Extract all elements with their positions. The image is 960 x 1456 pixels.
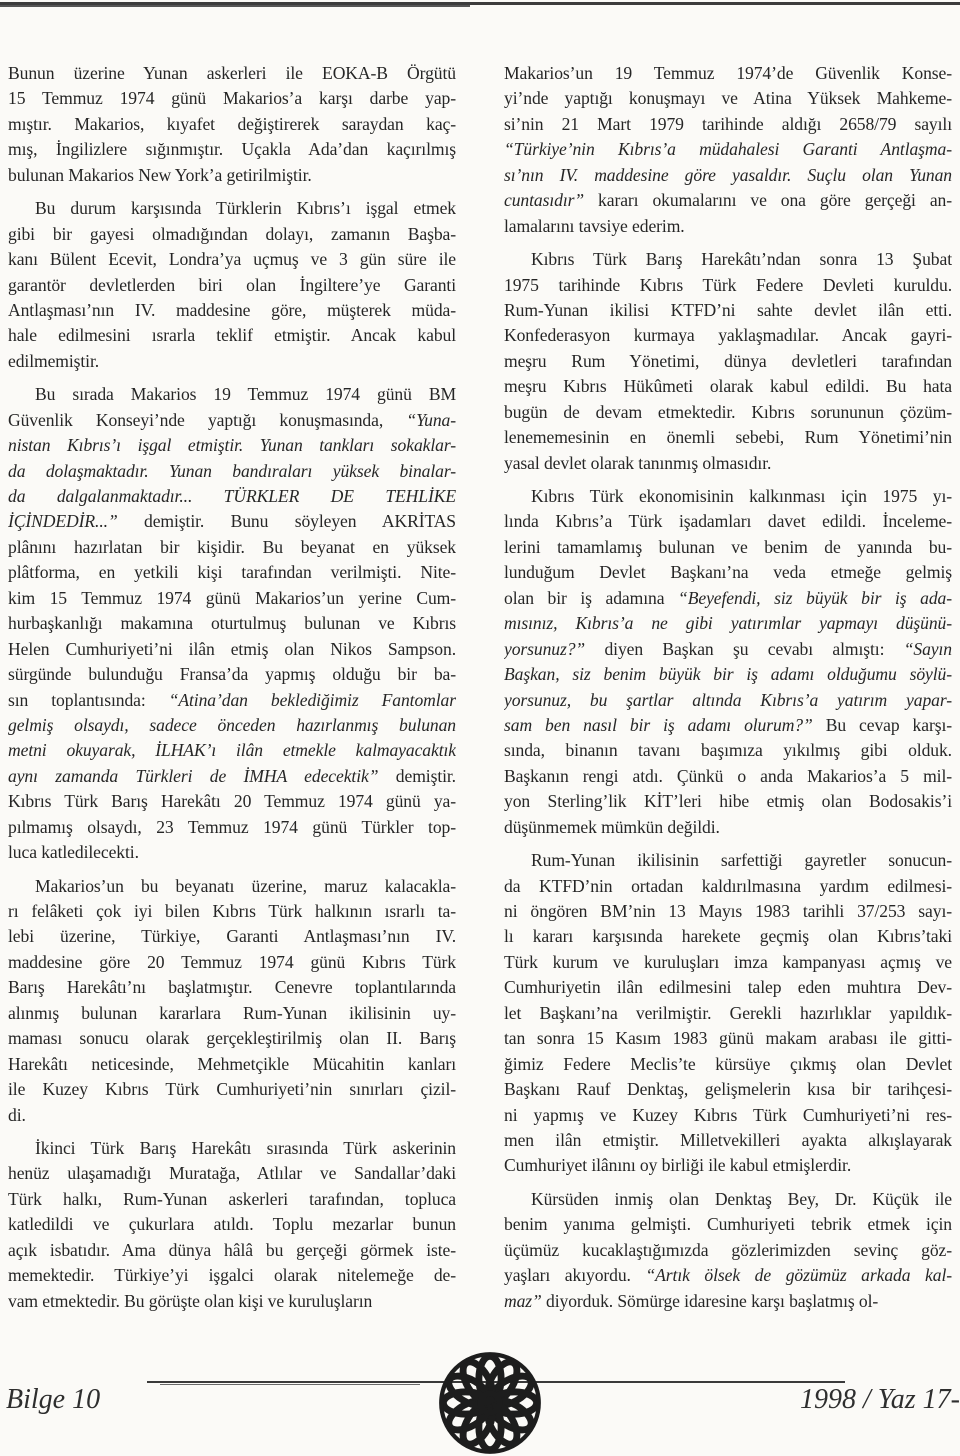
issue-page-label: 1998 / Yaz 17- <box>800 1384 960 1416</box>
scanned-journal-page: { "page": { "paper_color": "#fbfaf7", "i… <box>0 0 960 1456</box>
text-line: let Başkanı’na verilmiştir. Gerekli hazı… <box>504 1001 952 1026</box>
text-line: sı’nın IV. maddesine göre yasaldır. Suçl… <box>504 163 952 188</box>
text-segment: maz” <box>504 1291 542 1311</box>
text-segment: Rum-Yunan ikilisi KTFD’ni sahte devlet i… <box>504 300 952 320</box>
text-line: metni okuyarak, İLHAK’ı ilân etmekle kal… <box>8 738 456 763</box>
text-line: Bu durum karşısında Türklerin Kıbrıs’ı i… <box>8 196 456 221</box>
text-segment: “Sayın <box>904 639 952 659</box>
text-segment: yi’nde yaptığı konuşmayı ve Atina Yüksek… <box>504 88 952 108</box>
text-line: Kürsüden inmiş olan Denktaş Bey, Dr. Küç… <box>504 1187 952 1212</box>
text-segment: ğimiz Federe Meclis’te kürsüye çıkmış ol… <box>504 1054 952 1074</box>
text-segment: ile Kuzey Kıbrıs Türk Cumhuriyeti’nin sı… <box>8 1079 456 1099</box>
text-line: di. <box>8 1103 456 1128</box>
text-line: düşünmemek mümkün değildi. <box>504 815 952 840</box>
text-line: Rum-Yunan ikilisinin sarfettiği gayretle… <box>504 848 952 873</box>
text-line: Harekâtı neticesinde, Mehmetçikle Mücahi… <box>8 1052 456 1077</box>
text-segment: 15 Temmuz 1974 günü Makarios’a karşı dar… <box>8 88 456 108</box>
text-line: Başkanı Rauf Denktaş, gelişmelerin kısa … <box>504 1077 952 1102</box>
text-segment: Kıbrıs Türk Barış Harekâtı’ndan sonra 13… <box>531 249 952 269</box>
text-line: henüz ulaşamadığı Muratağa, Atlılar ve S… <box>8 1161 456 1186</box>
text-segment: Başkanı Rauf Denktaş, gelişmelerin kısa … <box>504 1079 952 1099</box>
text-segment: bugün de devam etmektedir. Kıbrıs sorunu… <box>504 402 952 422</box>
text-segment: Güvenlik Konseyi’nde yaptığı konuşmasınd… <box>8 410 406 430</box>
text-line: benim yanıma gelmişti. Cumhuriyeti tebri… <box>504 1212 952 1237</box>
text-line: lebi üzerine, Türkiye, Garanti Antlaşmas… <box>8 924 456 949</box>
text-segment: Konfederasyon kurmaya yaklaşmadılar. Anc… <box>504 325 952 345</box>
text-segment: pılmamış olsaydı, 23 Temmuz 1974 günü Tü… <box>8 817 456 837</box>
text-line: meşru Kıbrıs Hükûmeti olarak kabul edild… <box>504 374 952 399</box>
text-segment: vam etmektedir. Bu görüşte olan kişi ve … <box>8 1291 372 1311</box>
text-segment: luca katledilecekti. <box>8 842 139 862</box>
text-segment: mış, İngilizlere sığınmıştır. Uçakla Ada… <box>8 139 456 159</box>
text-line: si’nin 21 Mart 1979 tarihinde aldığı 265… <box>504 112 952 137</box>
text-segment: si’nin 21 Mart 1979 tarihinde aldığı 265… <box>504 114 952 134</box>
text-segment: ni yapmış ve Kuzey Kıbrıs Türk Cumhuriye… <box>504 1105 952 1125</box>
text-segment: lenememesinin en önemli sebebi, Rum Yöne… <box>504 427 952 447</box>
text-line: ni yapmış ve Kuzey Kıbrıs Türk Cumhuriye… <box>504 1103 952 1128</box>
text-line: Rum-Yunan ikilisi KTFD’ni sahte devlet i… <box>504 298 952 323</box>
right-column: Makarios’un 19 Temmuz 1974’de Güvenlik K… <box>504 61 952 1314</box>
text-line: yaşları akıyordu. “Artık ölsek de gözümü… <box>504 1263 952 1288</box>
text-segment: rı felâketi çok iyi bilen Kıbrıs Türk ha… <box>8 901 456 921</box>
text-line: bugün de devam etmektedir. Kıbrıs sorunu… <box>504 400 952 425</box>
paragraph: Kürsüden inmiş olan Denktaş Bey, Dr. Küç… <box>504 1187 952 1314</box>
paragraph: Makarios’un 19 Temmuz 1974’de Güvenlik K… <box>504 61 952 239</box>
text-segment: sında, binanın tavanı başımıza yıkılmış … <box>504 740 952 760</box>
text-segment: üçümüz kucaklaştığımızda gözlerimizden s… <box>504 1240 952 1260</box>
text-segment: da dalgalanmaktadır... TÜRKLER DE TEHLİK… <box>8 486 456 506</box>
text-line: yorsunuz, bu şartlar altında Kıbrıs’a ya… <box>504 688 952 713</box>
text-segment: sam ben nasıl bir iş adamı olurum?” <box>504 715 813 735</box>
text-segment: düşünmemek mümkün değildi. <box>504 817 720 837</box>
text-line: Barış Harekâtı’nı başlatmıştır. Cenevre … <box>8 975 456 1000</box>
text-line: Türk halkı, Rum-Yunan askerleri tarafınd… <box>8 1187 456 1212</box>
text-segment: plâtforma, en yetkili kişi tarafından ve… <box>8 562 456 582</box>
text-segment: “Beyefendi, siz büyük bir iş ada- <box>678 588 952 608</box>
text-segment: lı kararı karşısında harekete geçmiş ola… <box>504 926 952 946</box>
text-line: memektedir. Türkiye’yi işgalci olarak ni… <box>8 1263 456 1288</box>
text-segment: kim 15 Temmuz 1974 günü Makarios’un yeri… <box>8 588 456 608</box>
text-line: Kıbrıs Türk ekonomisinin kalkınması için… <box>504 484 952 509</box>
page-top-rule-fragment <box>0 5 470 7</box>
text-segment: Kürsüden inmiş olan Denktaş Bey, Dr. Küç… <box>531 1189 952 1209</box>
text-line: yon Sterling’lik KİT’leri hibe etmiş ola… <box>504 789 952 814</box>
text-segment: alınmış bulunan kararlara Rum-Yunan ikil… <box>8 1003 456 1023</box>
text-line: vam etmektedir. Bu görüşte olan kişi ve … <box>8 1289 456 1314</box>
text-segment: Makarios’un bu beyanatı üzerine, maruz k… <box>35 876 456 896</box>
text-segment: meşru Kıbrıs Hükûmeti olarak kabul edild… <box>504 376 952 396</box>
text-segment: İkinci Türk Barış Harekâtı sırasında Tür… <box>35 1138 456 1158</box>
text-segment: men ilân etmiştir. Milletvekilleri ayakt… <box>504 1130 952 1150</box>
text-line: İÇİNDEDİR...” demiştir. Bunu söyleyen AK… <box>8 509 456 534</box>
text-segment: Bunun üzerine Yunan askerleri ile EOKA-B… <box>8 63 456 83</box>
paragraph: Kıbrıs Türk Barış Harekâtı’ndan sonra 13… <box>504 247 952 476</box>
text-segment: memektedir. Türkiye’yi işgalci olarak ni… <box>8 1265 456 1285</box>
text-segment: cuntasıdır” <box>504 190 584 210</box>
text-segment: Bu cevap karşı- <box>813 715 952 735</box>
text-line: garantör devletlerden biri olan İngilter… <box>8 273 456 298</box>
text-segment: sı’nın IV. maddesine göre yasaldır. Suçl… <box>504 165 952 185</box>
text-line: ile Kuzey Kıbrıs Türk Cumhuriyeti’nin sı… <box>8 1077 456 1102</box>
paragraph: Rum-Yunan ikilisinin sarfettiği gayretle… <box>504 848 952 1179</box>
text-segment: Bu durum karşısında Türklerin Kıbrıs’ı i… <box>35 198 456 218</box>
text-line: men ilân etmiştir. Milletvekilleri ayakt… <box>504 1128 952 1153</box>
text-line: Başkanın rengi atdı. Çünkü o anda Makari… <box>504 764 952 789</box>
text-segment: olan bir iş adamına <box>504 588 678 608</box>
text-line: lı kararı karşısında harekete geçmiş ola… <box>504 924 952 949</box>
text-segment: Bu sırada Makarios 19 Temmuz 1974 günü B… <box>35 384 456 404</box>
text-line: da dalgalanmaktadır... TÜRKLER DE TEHLİK… <box>8 484 456 509</box>
paragraph: Kıbrıs Türk ekonomisinin kalkınması için… <box>504 484 952 840</box>
text-line: mıştır. Makarios, kıyafet değiştirerek s… <box>8 112 456 137</box>
text-segment: hale edilmesini ısrarla teklif etmiştir.… <box>8 325 456 345</box>
text-line: hale edilmesini ısrarla teklif etmiştir.… <box>8 323 456 348</box>
text-line: Antlaşması’nın IV. maddesine göre, müşte… <box>8 298 456 323</box>
text-line: kim 15 Temmuz 1974 günü Makarios’un yeri… <box>8 586 456 611</box>
text-line: Bu sırada Makarios 19 Temmuz 1974 günü B… <box>8 382 456 407</box>
rosette-ornament-icon <box>437 1350 543 1456</box>
text-line: pılmamış olsaydı, 23 Temmuz 1974 günü Tü… <box>8 815 456 840</box>
text-segment: sürgünde bulunduğu Fransa’da yapmış oldu… <box>8 664 456 684</box>
text-line: lenememesinin en önemli sebebi, Rum Yöne… <box>504 425 952 450</box>
text-segment: garantör devletlerden biri olan İngilter… <box>8 275 456 295</box>
paragraph: Makarios’un bu beyanatı üzerine, maruz k… <box>8 874 456 1128</box>
text-segment: metni okuyarak, İLHAK’ı ilân etmekle kal… <box>8 740 456 760</box>
text-segment: let Başkanı’na verilmiştir. Gerekli hazı… <box>504 1003 952 1023</box>
text-segment: henüz ulaşamadığı Muratağa, Atlılar ve S… <box>8 1163 456 1183</box>
text-line: da dolaşmaktadır. Yunan bandıraları yüks… <box>8 459 456 484</box>
text-segment: yorsunuz?” <box>504 639 585 659</box>
paragraph: İkinci Türk Barış Harekâtı sırasında Tür… <box>8 1136 456 1314</box>
text-line: kanı Bülent Ecevit, Londra’ya uçmuş ve 3… <box>8 247 456 272</box>
text-line: edilmemiştir. <box>8 349 456 374</box>
text-segment: Cumhuriyet ilânını oy birliği ile kabul … <box>504 1155 851 1175</box>
text-line: ğimiz Federe Meclis’te kürsüye çıkmış ol… <box>504 1052 952 1077</box>
paragraph: Bunun üzerine Yunan askerleri ile EOKA-B… <box>8 61 456 188</box>
text-segment: hurbaşkanlığı makamına oturtulmuş buluna… <box>8 613 456 633</box>
text-segment: Başkan, siz benim büyük bir iş adamı old… <box>504 664 952 684</box>
text-line: Kıbrıs Türk Barış Harekâtı 20 Temmuz 197… <box>8 789 456 814</box>
text-segment: mısınız, Kıbrıs’a ne gibi yatırımlar yap… <box>504 613 952 633</box>
text-segment: lında Kıbrıs’a Türk işadamları davet edi… <box>504 511 952 531</box>
text-segment: demiştir. <box>378 766 456 786</box>
text-line: tan sonra 15 Kasım 1983 günü makam araba… <box>504 1026 952 1051</box>
text-segment: yorsunuz, bu şartlar altında Kıbrıs’a ya… <box>504 690 952 710</box>
text-segment: Kıbrıs Türk Barış Harekâtı 20 Temmuz 197… <box>8 791 456 811</box>
text-line: aynı zamanda Türkleri de İMHA edecektik”… <box>8 764 456 789</box>
text-segment: bulunan Makarios New York’a getirilmişti… <box>8 165 312 185</box>
text-line: meşru Rum Yönetimi, dünya devletleri tar… <box>504 349 952 374</box>
text-segment: yasal devlet olarak tanınmış olmasıdır. <box>504 453 771 473</box>
text-line: üçümüz kucaklaştığımızda gözlerimizden s… <box>504 1238 952 1263</box>
text-line: Başkan, siz benim büyük bir iş adamı old… <box>504 662 952 687</box>
text-line: maddesine göre 20 Temmuz 1974 günü Kıbrı… <box>8 950 456 975</box>
text-line: plâtforma, en yetkili kişi tarafından ve… <box>8 560 456 585</box>
text-segment: İÇİNDEDİR...” <box>8 511 118 531</box>
text-segment: gibi bir gayesi olmadığından dolayı, zam… <box>8 224 456 244</box>
text-line: yasal devlet olarak tanınmış olmasıdır. <box>504 451 952 476</box>
text-line: plânını hazırlatan bir kişidir. Bu beyan… <box>8 535 456 560</box>
text-line: Makarios’un bu beyanatı üzerine, maruz k… <box>8 874 456 899</box>
text-segment: sın toplantısında: <box>8 690 169 710</box>
text-line: Konfederasyon kurmaya yaklaşmadılar. Anc… <box>504 323 952 348</box>
text-segment: edilmemiştir. <box>8 351 99 371</box>
text-line: mış, İngilizlere sığınmıştır. Uçakla Ada… <box>8 137 456 162</box>
text-line: sın toplantısında: “Atina’dan beklediğim… <box>8 688 456 713</box>
text-line: lerini tamamlamış bulunan ve benim de ya… <box>504 535 952 560</box>
text-line: ni öngören BM’nin 13 Mayıs 1983 tarihli … <box>504 899 952 924</box>
text-line: lamalarını tavsiye ederim. <box>504 214 952 239</box>
text-segment: plânını hazırlatan bir kişidir. Bu beyan… <box>8 537 456 557</box>
text-line: Makarios’un 19 Temmuz 1974’de Güvenlik K… <box>504 61 952 86</box>
text-line: nistan Kıbrıs’ı işgal etmiştir. Yunan ta… <box>8 433 456 458</box>
text-segment: Cumhuriyetin ilân edilmesini talep eden … <box>504 977 952 997</box>
text-segment: aynı zamanda Türkleri de İMHA edecektik” <box>8 766 378 786</box>
text-segment: da KTFD’nin ortadan kaldırılmasına yardı… <box>504 876 952 896</box>
text-segment: “Türkiye’nin Kıbrıs’a müdahalesi Garanti… <box>504 139 952 159</box>
text-segment: Helen Cumhuriyeti’ni ilân etmiş olan Nik… <box>8 639 456 659</box>
text-segment: kanı Bülent Ecevit, Londra’ya uçmuş ve 3… <box>8 249 456 269</box>
text-line: 15 Temmuz 1974 günü Makarios’a karşı dar… <box>8 86 456 111</box>
text-segment: “Atina’dan beklediğimiz Fantomlar <box>169 690 456 710</box>
text-line: katledildi ve çukurlara atıldı. Toplu me… <box>8 1212 456 1237</box>
text-segment: lunduğum Devlet Başkanı’na veda etmeğe g… <box>504 562 952 582</box>
text-line: lında Kıbrıs’a Türk işadamları davet edi… <box>504 509 952 534</box>
text-segment: lerini tamamlamış bulunan ve benim de ya… <box>504 537 952 557</box>
text-line: luca katledilecekti. <box>8 840 456 865</box>
text-line: Güvenlik Konseyi’nde yaptığı konuşmasınd… <box>8 408 456 433</box>
text-line: gelmiş olsaydı, sadece önceden hazırlanm… <box>8 713 456 738</box>
text-segment: mıştır. Makarios, kıyafet değiştirerek s… <box>8 114 456 134</box>
text-line: gibi bir gayesi olmadığından dolayı, zam… <box>8 222 456 247</box>
text-segment: maddesine göre 20 Temmuz 1974 günü Kıbrı… <box>8 952 456 972</box>
text-segment: kararı okumalarını ve ona göre gerçeği a… <box>584 190 952 210</box>
text-segment: diyen Başkan şu cevabı almıştı: <box>585 639 904 659</box>
text-line: cuntasıdır” kararı okumalarını ve ona gö… <box>504 188 952 213</box>
text-line: yi’nde yaptığı konuşmayı ve Atina Yüksek… <box>504 86 952 111</box>
text-line: Cumhuriyetin ilân edilmesini talep eden … <box>504 975 952 1000</box>
text-segment: ni öngören BM’nin 13 Mayıs 1983 tarihli … <box>504 901 952 921</box>
text-segment: lamalarını tavsiye ederim. <box>504 216 685 236</box>
text-segment: 1975 tarihinde Kıbrıs Türk Federe Devlet… <box>504 275 952 295</box>
text-line: lunduğum Devlet Başkanı’na veda etmeğe g… <box>504 560 952 585</box>
text-line: sürgünde bulunduğu Fransa’da yapmış oldu… <box>8 662 456 687</box>
text-segment: di. <box>8 1105 26 1125</box>
text-line: Bunun üzerine Yunan askerleri ile EOKA-B… <box>8 61 456 86</box>
text-segment: açık isbatıdır. Ama dünya hâlâ bu gerçeğ… <box>8 1240 456 1260</box>
text-line: Helen Cumhuriyeti’ni ilân etmiş olan Nik… <box>8 637 456 662</box>
text-line: Cumhuriyet ilânını oy birliği ile kabul … <box>504 1153 952 1178</box>
text-segment: tan sonra 15 Kasım 1983 günü makam araba… <box>504 1028 952 1048</box>
journal-name: Bilge 10 <box>6 1384 100 1416</box>
footer-rule-fragment <box>160 1384 420 1385</box>
text-segment: benim yanıma gelmişti. Cumhuriyeti tebri… <box>504 1214 952 1234</box>
paragraph: Bu sırada Makarios 19 Temmuz 1974 günü B… <box>8 382 456 865</box>
text-segment: Türk halkı, Rum-Yunan askerleri tarafınd… <box>8 1189 456 1209</box>
text-line: İkinci Türk Barış Harekâtı sırasında Tür… <box>8 1136 456 1161</box>
text-segment: meşru Rum Yönetimi, dünya devletleri tar… <box>504 351 952 371</box>
text-segment: Makarios’un 19 Temmuz 1974’de Güvenlik K… <box>504 63 952 83</box>
text-segment: Rum-Yunan ikilisinin sarfettiği gayretle… <box>531 850 952 870</box>
text-line: hurbaşkanlığı makamına oturtulmuş buluna… <box>8 611 456 636</box>
text-line: olan bir iş adamına “Beyefendi, siz büyü… <box>504 586 952 611</box>
text-segment: Türk kurum ve kuruluşları imza kampanyas… <box>504 952 952 972</box>
text-line: yorsunuz?” diyen Başkan şu cevabı almışt… <box>504 637 952 662</box>
text-line: mısınız, Kıbrıs’a ne gibi yatırımlar yap… <box>504 611 952 636</box>
text-segment: katledildi ve çukurlara atıldı. Toplu me… <box>8 1214 456 1234</box>
text-line: maz” diyorduk. Sömürge idaresine karşı b… <box>504 1289 952 1314</box>
text-segment: yaşları akıyordu. <box>504 1265 645 1285</box>
text-segment: maması sonucu olarak gerçekleştirilmiş o… <box>8 1028 456 1048</box>
text-segment: nistan Kıbrıs’ı işgal etmiştir. Yunan ta… <box>8 435 456 455</box>
text-segment: demiştir. Bunu söyleyen AKRİTAS <box>118 511 456 531</box>
text-line: rı felâketi çok iyi bilen Kıbrıs Türk ha… <box>8 899 456 924</box>
article-body: Bunun üzerine Yunan askerleri ile EOKA-B… <box>8 61 952 1314</box>
text-segment: “Artık ölsek de gözümüz arkada kal- <box>645 1265 952 1285</box>
text-segment: Barış Harekâtı’nı başlatmıştır. Cenevre … <box>8 977 456 997</box>
text-line: Kıbrıs Türk Barış Harekâtı’ndan sonra 13… <box>504 247 952 272</box>
text-segment: Başkanın rengi atdı. Çünkü o anda Makari… <box>504 766 952 786</box>
text-segment: Kıbrıs Türk ekonomisinin kalkınması için… <box>531 486 952 506</box>
text-line: da KTFD’nin ortadan kaldırılmasına yardı… <box>504 874 952 899</box>
paragraph: Bu durum karşısında Türklerin Kıbrıs’ı i… <box>8 196 456 374</box>
text-line: sında, binanın tavanı başımıza yıkılmış … <box>504 738 952 763</box>
left-column: Bunun üzerine Yunan askerleri ile EOKA-B… <box>8 61 456 1314</box>
text-segment: da dolaşmaktadır. Yunan bandıraları yüks… <box>8 461 456 481</box>
text-line: Türk kurum ve kuruluşları imza kampanyas… <box>504 950 952 975</box>
text-segment: diyorduk. Sömürge idaresine karşı başlat… <box>542 1291 878 1311</box>
text-line: 1975 tarihinde Kıbrıs Türk Federe Devlet… <box>504 273 952 298</box>
text-line: maması sonucu olarak gerçekleştirilmiş o… <box>8 1026 456 1051</box>
text-line: “Türkiye’nin Kıbrıs’a müdahalesi Garanti… <box>504 137 952 162</box>
text-line: açık isbatıdır. Ama dünya hâlâ bu gerçeğ… <box>8 1238 456 1263</box>
text-line: alınmış bulunan kararlara Rum-Yunan ikil… <box>8 1001 456 1026</box>
text-segment: Antlaşması’nın IV. maddesine göre, müşte… <box>8 300 456 320</box>
text-line: bulunan Makarios New York’a getirilmişti… <box>8 163 456 188</box>
text-line: sam ben nasıl bir iş adamı olurum?” Bu c… <box>504 713 952 738</box>
text-segment: lebi üzerine, Türkiye, Garanti Antlaşmas… <box>8 926 456 946</box>
text-segment: “Yuna- <box>406 410 456 430</box>
text-segment: yon Sterling’lik KİT’leri hibe etmiş ola… <box>504 791 952 811</box>
text-segment: Harekâtı neticesinde, Mehmetçikle Mücahi… <box>8 1054 456 1074</box>
text-segment: gelmiş olsaydı, sadece önceden hazırlanm… <box>8 715 456 735</box>
